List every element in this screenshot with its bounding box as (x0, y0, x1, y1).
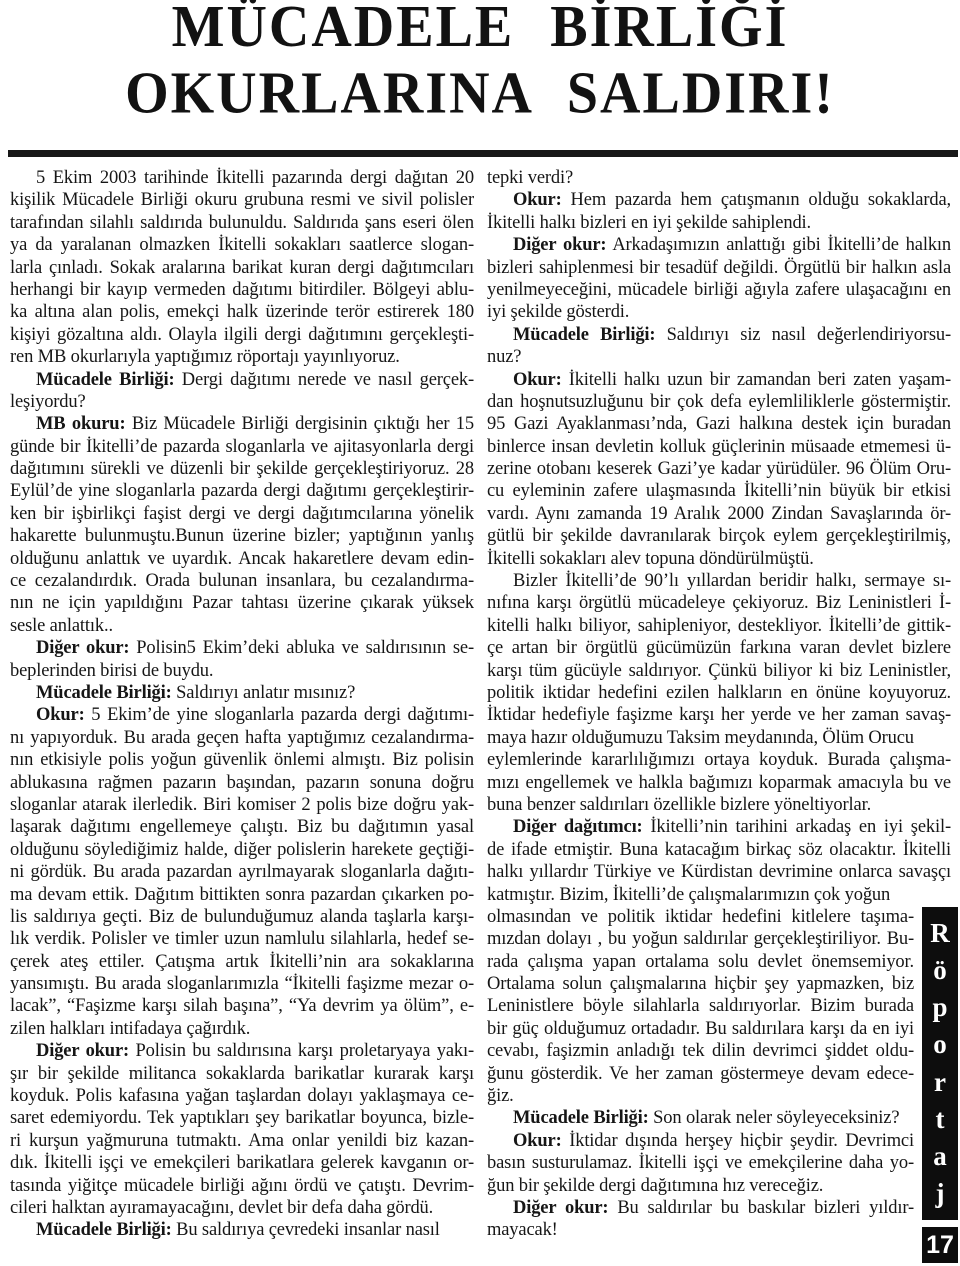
text-line: 95 Gazi Ayaklanması’nda, Gazi halkına de… (487, 413, 951, 435)
text-line: Okur: İktidar dışında herşey hiçbir şeyd… (487, 1130, 914, 1152)
text-line: Mücadele Birliği: Dergi dağıtımı nerede … (10, 369, 474, 391)
speaker-label: Mücadele Birliği: (36, 683, 172, 703)
text-line: saret edemiyordu. Tek yaptıkları şey bar… (10, 1107, 474, 1129)
text-line: ce cezalandırdık. Orada bulunan insanlar… (10, 570, 474, 592)
vertical-label-letter: j (936, 1180, 945, 1207)
speaker-label: Okur: (513, 190, 562, 210)
speaker-label: Diğer dağıtımcı: (513, 817, 643, 837)
text-line: vardı. Aynı zamanda 19 Aralık 2000 Zinda… (487, 503, 951, 525)
text-line: yansımıştı. Bu arada sloganlarımızla “İk… (10, 973, 474, 995)
vertical-label-letter: a (933, 1143, 947, 1170)
text-line: 5 Ekim 2003 tarihinde İkitelli pazarında… (10, 167, 474, 189)
speaker-label: Okur: (513, 370, 562, 390)
text-line: leşiyordu? (10, 391, 474, 413)
speaker-label: Mücadele Birliği: (513, 325, 655, 345)
text-line: çerek ateş ettiler. Çatışma artık İkitel… (10, 951, 474, 973)
text-line: ken bir işbirlikçi faşist dergi ve dergi… (10, 503, 474, 525)
speaker-label: Mücadele Birliği: (36, 1220, 172, 1240)
text-line: rada çalışma yapan ortalama solu devlet … (487, 951, 914, 973)
speaker-label: Okur: (36, 705, 85, 725)
text-line: larla çınladı. Sokak aralarına barikat k… (10, 257, 474, 279)
text-line: gütlü bir şekilde davranılarak birçok ey… (487, 525, 951, 547)
text-line: bizleri sahiplenmesi bir tesadüf değildi… (487, 257, 951, 279)
text-line: de ifade etmiştir. Buna katacağım birkaç… (487, 839, 951, 861)
page-number-box: 17 (922, 1227, 958, 1263)
text-line: Diğer okur: Arkadaşımızın anlattığı gibi… (487, 234, 951, 256)
text-line: buna benzer saldırıları özellikle bizler… (487, 794, 951, 816)
text-line: sloganlar atarak ilerledik. Biri komiser… (10, 794, 474, 816)
text-line: olduğunu söylediğimiz halde, diğer polis… (10, 839, 474, 861)
headline-divider-rule (8, 150, 958, 157)
text-line: kişilik Mücadele Birliği okuru grubuna r… (10, 189, 474, 211)
text-line: sesle anlattık.. (10, 615, 474, 637)
text-line: dağıtımını sürekli ve düzenli bir şekild… (10, 458, 474, 480)
speaker-label: Diğer okur: (36, 638, 129, 658)
section-label-vertical-bar: Röportaj (922, 907, 958, 1220)
text-line: Mücadele Birliği: Saldırıyı siz nasıl de… (487, 324, 951, 346)
text-line: zerine otobanı keserek Gazi’ye kadar yür… (487, 458, 951, 480)
text-line: MB okuru: Biz Mücadele Birliği dergisini… (10, 413, 474, 435)
text-line: kişiyi gözaltına aldı. Olayla ilgili der… (10, 324, 474, 346)
text-line: nı yapıyorduk. Bu arada geçen hafta yapt… (10, 727, 474, 749)
text-line: günde bir İkitelli’de pazarda sloganlarl… (10, 436, 474, 458)
vertical-label-letter: o (933, 1031, 947, 1058)
text-line: basın susturulamaz. İkitelli işçi ve eme… (487, 1152, 914, 1174)
text-line: tasında yiğitçe mücadele birliği ağını ö… (10, 1175, 474, 1197)
speaker-label: Diğer okur: (36, 1041, 129, 1061)
article-headline: MÜCADELE BİRLİĞİ OKURLARINA SALDIRI! (0, 0, 960, 128)
headline-line-1: MÜCADELE BİRLİĞİ (0, 0, 960, 61)
text-line: lis saldırıya geçti. Biz de bulunduğumuz… (10, 906, 474, 928)
text-line: lacak”, “Faşizme karşı silah başına”, “Y… (10, 995, 474, 1017)
text-line: ğun bir şekilde dergi dağıtımına hız ver… (487, 1175, 914, 1197)
text-line: laşarak dağıtımı engellemeye çalıştı. Bi… (10, 816, 474, 838)
text-line: mayacak! (487, 1219, 914, 1241)
text-line: ri kurşun yağmuruna tutmaktı. Ama onlar … (10, 1130, 474, 1152)
text-line: maya hazır olduğumuzu Taksim meydanında,… (487, 727, 951, 749)
text-line: Okur: Hem pazarda hem çatışmanın olduğu … (487, 189, 951, 211)
text-line: iyi şekilde gösterdi. (487, 301, 951, 323)
text-line: lık verdik. Polisler ve timler uzun naml… (10, 928, 474, 950)
text-line: mızdan dolayı , bu yoğun saldırılar gerç… (487, 928, 914, 950)
text-line: ka altına alan polis, emekçi halk üzerin… (10, 301, 474, 323)
text-line: eylemlerinde kararlılığımızı ortaya koyd… (487, 749, 951, 771)
text-line: nın ne için yapıldığını Pazar tahtası üz… (10, 592, 474, 614)
text-line: dık. İkitelli işçi ve emekçileri barikat… (10, 1152, 474, 1174)
text-line: Eylül’de yine sloganlarla pazarda dergi … (10, 480, 474, 502)
text-line: Mücadele Birliği: Son olarak neler söyle… (487, 1107, 914, 1129)
speaker-label: Diğer okur: (513, 235, 606, 255)
speaker-label: MB okuru: (36, 414, 125, 434)
text-line: Bizler İkitelli’de 90’lı yıllardan berid… (487, 570, 951, 592)
text-line: tarafından silahlı saldırıda bulunuldu. … (10, 212, 474, 234)
text-line: olmasından ve politik iktidar hedefini k… (487, 906, 914, 928)
text-line: katmıştır. Bizim, İkitelli’de çalışmalar… (487, 884, 914, 906)
text-line: hakarette bulunmuştu.Bunun üzerine bizle… (10, 525, 474, 547)
text-line: cevabı, faşizmin anladığı tek dilin devr… (487, 1040, 914, 1062)
text-line: şır bir şekilde militanca sokaklarda bar… (10, 1063, 474, 1085)
text-line: Okur: İkitelli halkı uzun bir zamandan b… (487, 369, 951, 391)
text-line: mızı engellemek ve halkla bağımızı kopar… (487, 772, 951, 794)
text-line: İkitelli sokakları alev topuna döndürülm… (487, 548, 951, 570)
vertical-label-letter: r (934, 1069, 946, 1096)
text-line: ren MB okurlarıyla yaptığımız röportajı … (10, 346, 474, 368)
text-line: ma devam ettik. Dağıtım bittikten sonra … (10, 884, 474, 906)
text-line: İkitelli halkı bizleri en iyi şekilde sa… (487, 212, 951, 234)
text-line: cu eyleminin zafere ulaşmasında İkitelli… (487, 480, 951, 502)
text-line: dan hoşnutsuzluğunu bir çok defa eylemli… (487, 391, 951, 413)
text-line: çe artan bir örgütlü gücümüzün farkına v… (487, 637, 951, 659)
vertical-label-letter: p (932, 994, 947, 1021)
text-line: Leninistlere böyle silahlarla saldırıyor… (487, 995, 914, 1017)
text-line: binlerce insan devletin kolluk güçlerini… (487, 436, 951, 458)
text-line: zilen halkları intifadaya çağırdık. (10, 1018, 474, 1040)
text-line: yenilmeyeceğini, mücadele birliği ağıyla… (487, 279, 951, 301)
text-line: herhangi bir kayıp vermeden dağıtımı bit… (10, 279, 474, 301)
text-line: ğunu gösterdik. Ve her zaman göstermeye … (487, 1063, 914, 1085)
text-line: nıfına karşı örgütlü mücadeleye çekiyoru… (487, 592, 951, 614)
article-column-left: 5 Ekim 2003 tarihinde İkitelli pazarında… (10, 167, 474, 1242)
text-line: ya da yaralanan olmazken İkitelli sokakl… (10, 234, 474, 256)
speaker-label: Mücadele Birliği: (36, 370, 175, 390)
text-line: beplerinden birisi de buydu. (10, 660, 474, 682)
text-line: Mücadele Birliği: Saldırıyı anlatır mısı… (10, 682, 474, 704)
text-line: koyduk. Polis kafasına yağan taşlardan d… (10, 1085, 474, 1107)
text-line: Mücadele Birliği: Bu saldırıya çevredeki… (10, 1219, 474, 1241)
page-number: 17 (926, 1231, 954, 1260)
text-line: halkı yıllardır Türkiye ve Kürdistan dev… (487, 861, 951, 883)
speaker-label: Mücadele Birliği: (513, 1108, 649, 1128)
article-column-right: tepki verdi?Okur: Hem pazarda hem çatışm… (487, 167, 951, 1242)
vertical-label-letter: R (930, 920, 950, 947)
text-line: ğiz. (487, 1085, 914, 1107)
text-line: politik iktidar hedefini ezilen halkları… (487, 682, 951, 704)
speaker-label: Diğer okur: (513, 1198, 608, 1218)
text-line: bir güç olduğumuz ortadadır. Bu saldırıl… (487, 1018, 914, 1040)
text-line: Diğer okur: Polisin bu saldırısına karşı… (10, 1040, 474, 1062)
text-line: Ortalama solun çalışmalarına hiçbir şey … (487, 973, 914, 995)
text-line: nuz? (487, 346, 951, 368)
text-line: İktidar hedefiyle faşizme karşı her yerd… (487, 704, 951, 726)
text-line: olduğunu anlattık ve uyardık. Ancak haka… (10, 548, 474, 570)
text-line: kitelli halkı biliyor, sahipleniyor, des… (487, 615, 951, 637)
text-line: ni gördük. Bu arada pazardan ayrılmayara… (10, 861, 474, 883)
text-line: karşı tüm gücüyle saldırıyor. Çünkü bili… (487, 660, 951, 682)
text-line: Diğer okur: Bu saldırılar bu baskılar bi… (487, 1197, 914, 1219)
text-line: Diğer okur: Polisin5 Ekim’deki abluka ve… (10, 637, 474, 659)
text-line: tepki verdi? (487, 167, 951, 189)
text-line: Okur: 5 Ekim’de yine sloganlarla pazarda… (10, 704, 474, 726)
text-line: ablukasına rağmen pazarın başından, paza… (10, 772, 474, 794)
magazine-page: MÜCADELE BİRLİĞİ OKURLARINA SALDIRI! 5 E… (0, 0, 960, 1266)
vertical-label-letter: t (936, 1106, 945, 1133)
text-line: nın etkisiyle polis yoğun güvenlik önlem… (10, 749, 474, 771)
text-line: Diğer dağıtımcı: İkitelli’nin tarihini a… (487, 816, 951, 838)
vertical-label-letter: ö (933, 957, 947, 984)
text-line: cileri halktan ayıramayacağını, devlet b… (10, 1197, 474, 1219)
speaker-label: Okur: (513, 1131, 562, 1151)
headline-line-2: OKURLARINA SALDIRI! (0, 61, 960, 128)
